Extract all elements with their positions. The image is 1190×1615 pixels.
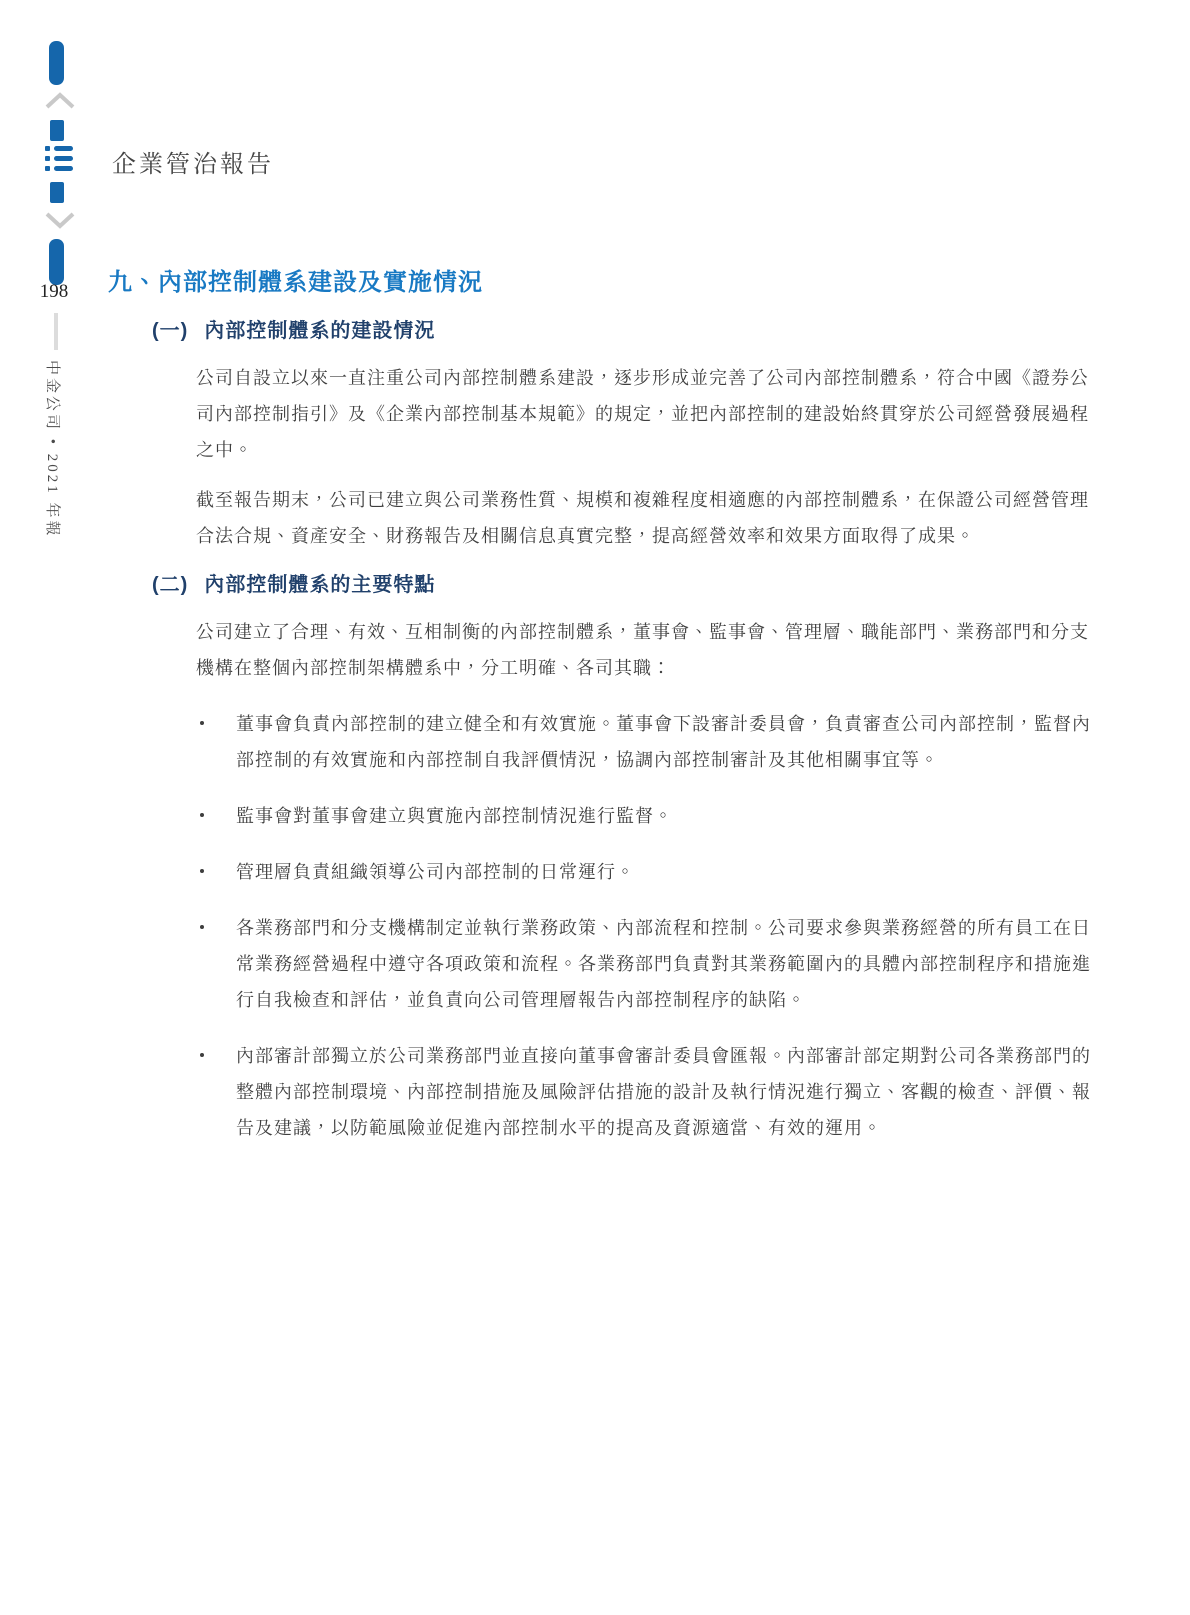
subsection-2-number: (二): [152, 570, 188, 600]
side-edition-text: 中金公司 • 2021 年報: [43, 360, 64, 539]
paragraph: 公司建立了合理、有效、互相制衡的內部控制體系，董事會、監事會、管理層、職能部門、…: [196, 614, 1092, 686]
bullet-text: 內部審計部獨立於公司業務部門並直接向董事會審計委員會匯報。內部審計部定期對公司各…: [236, 1046, 1091, 1138]
rail-block-upper-icon: [50, 120, 64, 141]
paragraph: 截至報告期末，公司已建立與公司業務性質、規模和複雜程度相適應的內部控制體系，在保…: [196, 482, 1092, 554]
bullet-text: 董事會負責內部控制的建立健全和有效實施。董事會下設審計委員會，負責審查公司內部控…: [236, 714, 1091, 770]
bullet-item: 管理層負責組織領導公司內部控制的日常運行。: [196, 854, 1092, 890]
subsection-2-heading: (二) 內部控制體系的主要特點: [152, 570, 1092, 600]
subsection-1-title: 內部控制體系的建設情況: [204, 316, 435, 346]
bullet-item: 監事會對董事會建立與實施內部控制情況進行監督。: [196, 798, 1092, 834]
bullet-item: 各業務部門和分支機構制定並執行業務政策、內部流程和控制。公司要求參與業務經營的所…: [196, 910, 1092, 1018]
chevron-down-icon: [44, 210, 76, 230]
rail-bar-top-icon: [49, 41, 64, 85]
rail-bar-bottom-icon: [49, 239, 64, 285]
bullet-item: 董事會負責內部控制的建立健全和有效實施。董事會下設審計委員會，負責審查公司內部控…: [196, 706, 1092, 778]
list-icon: [45, 146, 73, 176]
bullet-item: 內部審計部獨立於公司業務部門並直接向董事會審計委員會匯報。內部審計部定期對公司各…: [196, 1038, 1092, 1146]
subsection-1-number: (一): [152, 316, 188, 346]
paragraph: 公司自設立以來一直注重公司內部控制體系建設，逐步形成並完善了公司內部控制體系，符…: [196, 360, 1092, 468]
section-heading: 九、內部控制體系建設及實施情況: [108, 266, 1092, 300]
bullet-dot-icon: [200, 925, 204, 929]
subsection-2-title: 內部控制體系的主要特點: [204, 570, 435, 600]
bullet-dot-icon: [200, 813, 204, 817]
report-page: 198 中金公司 • 2021 年報 企業管治報告 九、內部控制體系建設及實施情…: [0, 0, 1190, 1615]
page-number-rule: [54, 313, 58, 350]
bullet-text: 各業務部門和分支機構制定並執行業務政策、內部流程和控制。公司要求參與業務經營的所…: [236, 918, 1091, 1010]
bullet-dot-icon: [200, 869, 204, 873]
chevron-up-icon: [44, 91, 76, 111]
bullet-text: 管理層負責組織領導公司內部控制的日常運行。: [236, 862, 635, 882]
bullet-text: 監事會對董事會建立與實施內部控制情況進行監督。: [236, 806, 673, 826]
subsection-1-heading: (一) 內部控制體系的建設情況: [152, 316, 1092, 346]
bullet-dot-icon: [200, 1053, 204, 1057]
chapter-title: 企業管治報告: [112, 144, 274, 179]
rail-block-lower-icon: [50, 182, 64, 203]
page-number: 198: [33, 281, 75, 303]
bullet-dot-icon: [200, 721, 204, 725]
main-content: 九、內部控制體系建設及實施情況 (一) 內部控制體系的建設情況 公司自設立以來一…: [196, 266, 1092, 1146]
bullet-list: 董事會負責內部控制的建立健全和有效實施。董事會下設審計委員會，負責審查公司內部控…: [196, 706, 1092, 1146]
